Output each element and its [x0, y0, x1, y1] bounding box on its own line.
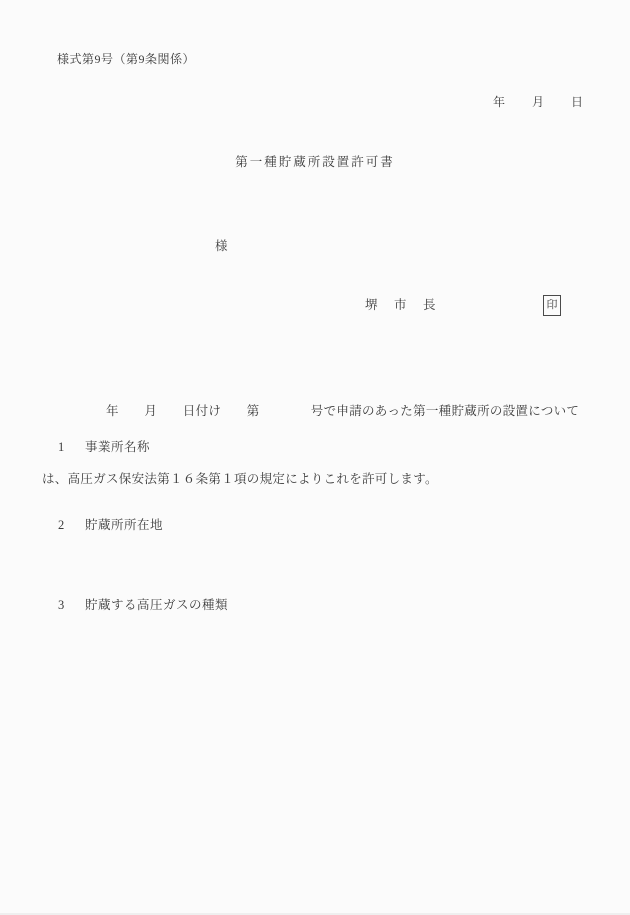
addressee-suffix: 様 [215, 236, 228, 254]
document-page: 様式第9号（第9条関係） 年 月 日 第一種貯蔵所設置許可書 様 堺 市 長 印… [0, 0, 630, 915]
item-3-label: 貯蔵する高圧ガスの種類 [85, 598, 228, 612]
document-title: 第一種貯蔵所設置許可書 [0, 152, 630, 170]
form-number: 様式第9号（第9条関係） [57, 50, 195, 67]
item-1-label: 事業所名称 [85, 440, 150, 454]
issue-date-placeholder: 年 月 日 [493, 93, 584, 110]
item-2-label: 貯蔵所所在地 [85, 518, 163, 532]
issuer-name: 堺 市 長 [365, 295, 438, 313]
item-gas-type: 3貯蔵する高圧ガスの種類 [58, 595, 228, 613]
item-1-number: 1 [58, 440, 85, 455]
official-seal-placeholder: 印 [543, 295, 561, 316]
permit-body-line-2: は、高圧ガス保安法第１６条第１項の規定によりこれを許可します。 [42, 468, 590, 491]
item-storage-location: 2貯蔵所所在地 [58, 515, 163, 533]
item-3-number: 3 [58, 598, 85, 613]
item-2-number: 2 [58, 518, 85, 533]
item-business-name: 1事業所名称 [58, 437, 150, 455]
permit-body-line-1: 年 月 日付け 第 号で申請のあった第一種貯蔵所の設置について [42, 400, 590, 423]
